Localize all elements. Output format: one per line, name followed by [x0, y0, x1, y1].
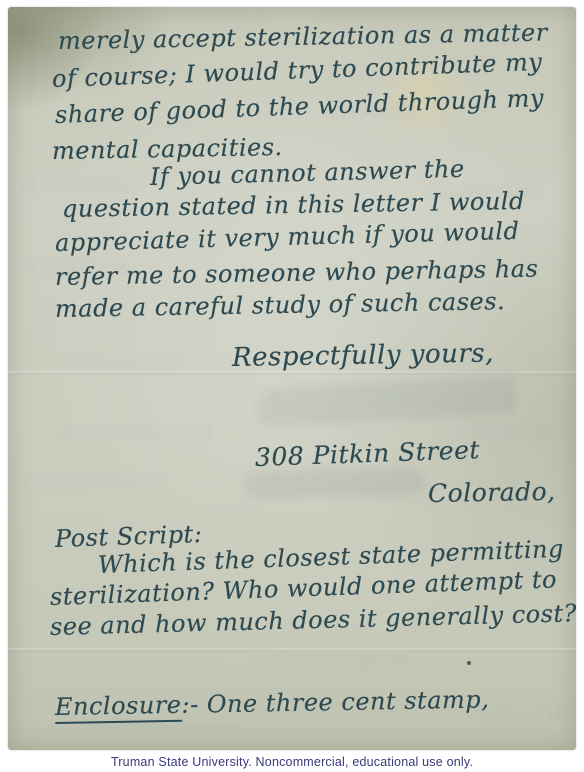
ink-bleed-smudge	[58, 425, 213, 439]
letter-body-line: share of good to the world through my	[55, 84, 545, 129]
letter-paper-sheet: merely accept sterilization as a matter …	[8, 7, 576, 750]
letter-closing: Respectfully yours,	[232, 338, 494, 373]
paper-fold-crease	[8, 648, 576, 652]
ink-bleed-smudge	[68, 355, 188, 369]
attribution-caption: Truman State University. Noncommercial, …	[0, 755, 584, 769]
address-street-line: 308 Pitkin Street	[254, 435, 480, 472]
ink-bleed-smudge	[22, 179, 142, 193]
redacted-signature-blur	[261, 376, 515, 427]
letter-body-line: appreciate it very much if you would	[55, 217, 520, 257]
enclosure-text: One three cent stamp,	[198, 685, 489, 718]
ink-bleed-smudge	[26, 475, 156, 489]
enclosure-separator: :-	[181, 690, 199, 718]
stray-ink-dot	[467, 661, 471, 665]
ink-bleed-smudge	[253, 655, 413, 669]
ink-bleed-smudge	[478, 705, 560, 719]
address-state-line: Colorado,	[428, 477, 556, 508]
enclosure-label-underlined: Enclosure	[55, 691, 182, 724]
enclosure-line: Enclosure:- One three cent stamp,	[55, 685, 490, 721]
letter-body-line: made a careful study of such cases.	[55, 287, 506, 323]
letter-body-line: refer me to someone who perhaps has	[55, 255, 539, 291]
redacted-town-blur	[248, 468, 420, 499]
scanned-letter-page: merely accept sterilization as a matter …	[0, 0, 584, 772]
